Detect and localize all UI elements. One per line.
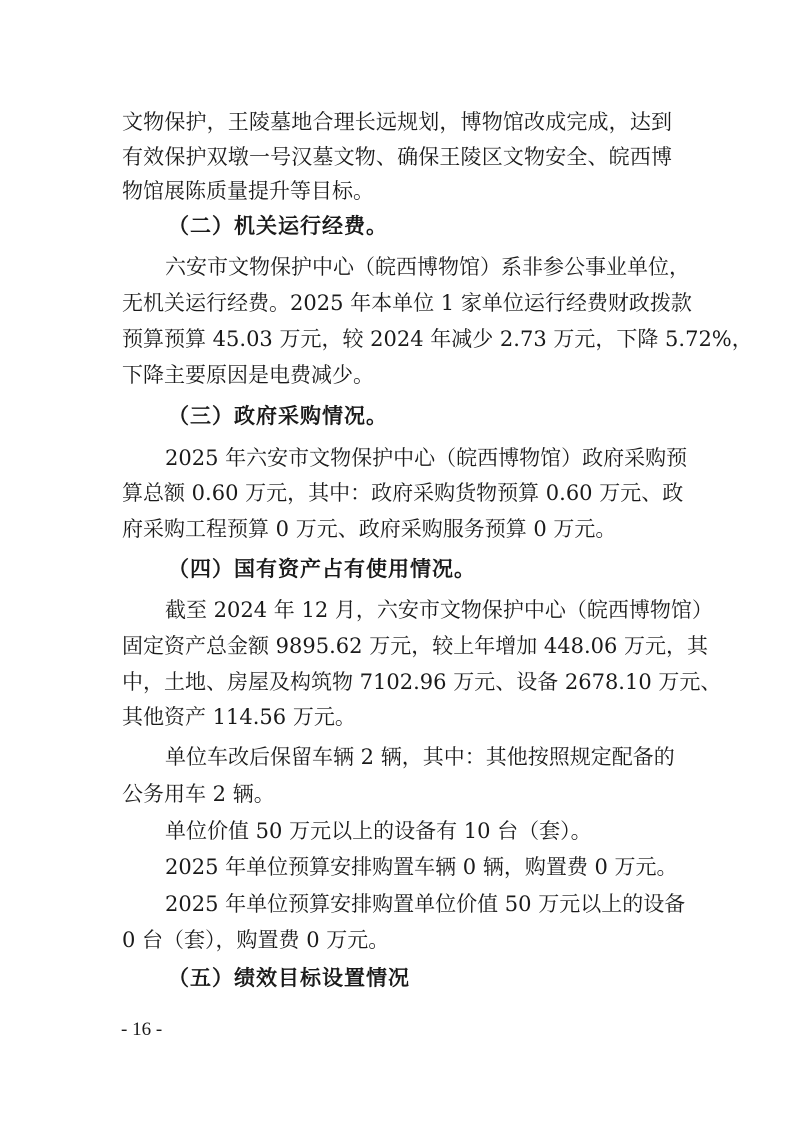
page-number: - 16 - [121, 1016, 162, 1044]
body-text-line: 中，土地、房屋及构筑物 7102.96 万元、设备 2678.10 万元、 [122, 667, 672, 697]
body-text-line: 有效保护双墩一号汉墓文物、确保王陵区文物安全、皖西博 [122, 142, 672, 172]
body-text-line: 预算预算 45.03 万元，较 2024 年减少 2.73 万元，下降 5.72… [122, 324, 672, 354]
body-text-line: 物馆展陈质量提升等目标。 [122, 176, 672, 206]
body-text-line: 2025 年单位预算安排购置单位价值 50 万元以上的设备 [165, 889, 672, 919]
body-text-line: 府采购工程预算 0 万元、政府采购服务预算 0 万元。 [122, 514, 672, 544]
section-heading: （三）政府采购情况。 [168, 401, 388, 431]
section-heading: （五）绩效目标设置情况 [168, 963, 410, 993]
section-heading: （四）国有资产占有使用情况。 [168, 554, 476, 584]
body-text-line: 公务用车 2 辆。 [122, 779, 672, 809]
body-text-line: 算总额 0.60 万元，其中：政府采购货物预算 0.60 万元、政 [122, 478, 672, 508]
body-text-line: 2025 年单位预算安排购置车辆 0 辆，购置费 0 万元。 [165, 852, 672, 882]
body-text-line: 下降主要原因是电费减少。 [122, 360, 672, 390]
body-text-line: 单位价值 50 万元以上的设备有 10 台（套）。 [165, 816, 672, 846]
body-text-line: 单位车改后保留车辆 2 辆，其中：其他按照规定配备的 [165, 742, 672, 772]
document-page: 文物保护，王陵墓地合理长远规划，博物馆改成完成，达到 有效保护双墩一号汉墓文物、… [0, 0, 793, 1122]
body-text-line: 2025 年六安市文物保护中心（皖西博物馆）政府采购预 [165, 443, 672, 473]
body-text-line: 截至 2024 年 12 月，六安市文物保护中心（皖西博物馆） [165, 595, 672, 625]
body-text-line: 六安市文物保护中心（皖西博物馆）系非参公事业单位， [165, 252, 672, 282]
body-text-line: 固定资产总金额 9895.62 万元，较上年增加 448.06 万元，其 [122, 631, 672, 661]
body-text-line: 文物保护，王陵墓地合理长远规划，博物馆改成完成，达到 [122, 107, 672, 137]
section-heading: （二）机关运行经费。 [168, 211, 388, 241]
body-text-line: 0 台（套），购置费 0 万元。 [122, 925, 672, 955]
body-text-line: 无机关运行经费。2025 年本单位 1 家单位运行经费财政拨款 [122, 288, 672, 318]
body-text-line: 其他资产 114.56 万元。 [122, 702, 672, 732]
